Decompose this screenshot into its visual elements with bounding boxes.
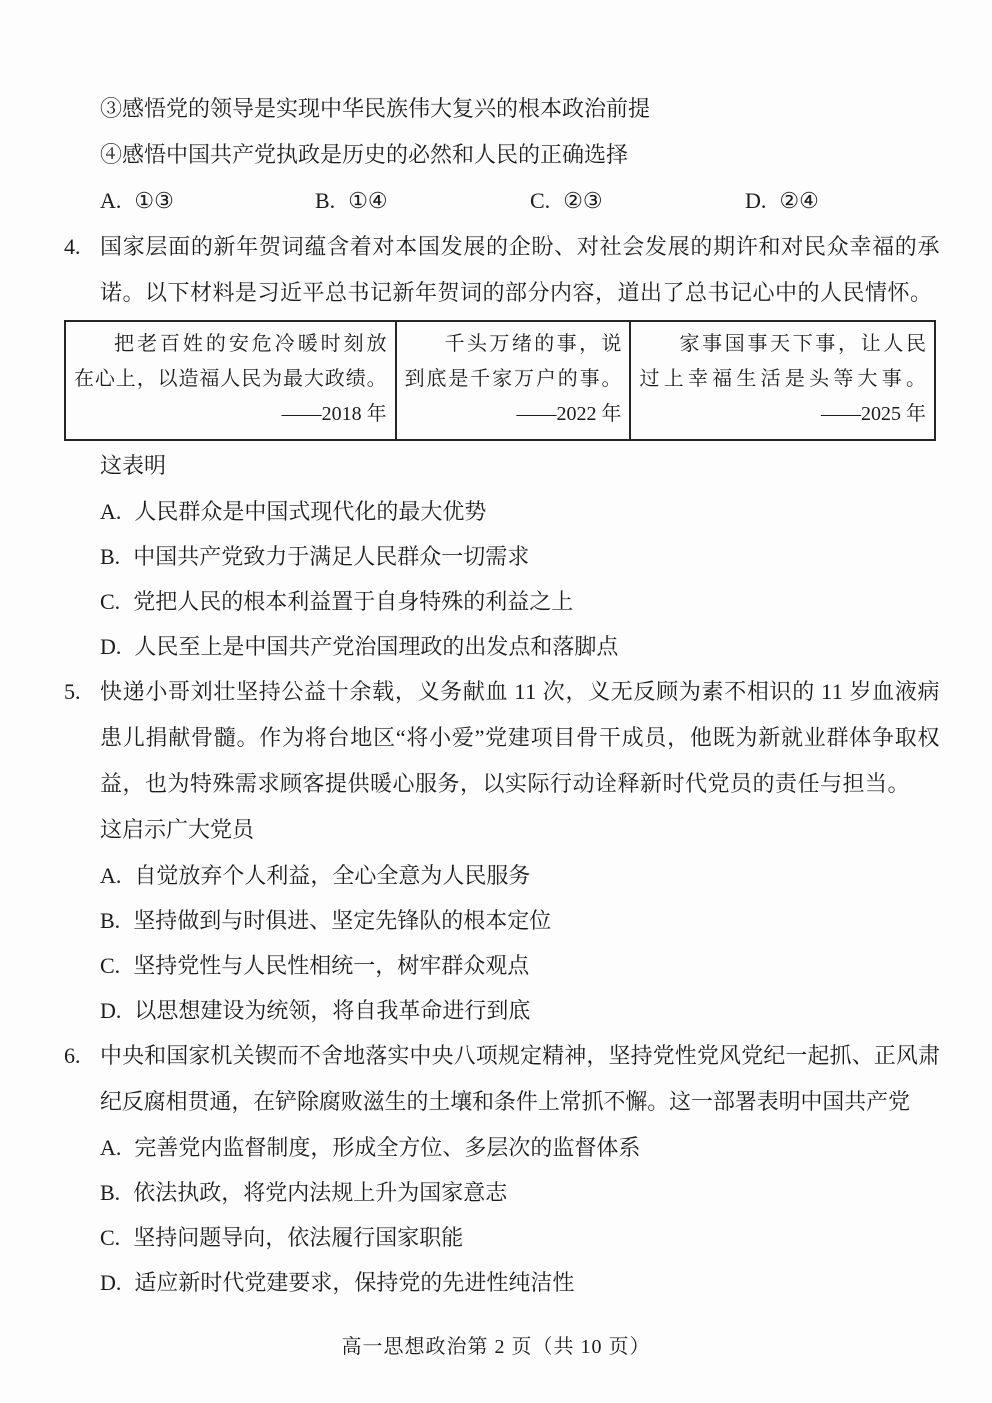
question-4-option-a: A.人民群众是中国式现代化的最大优势 — [64, 489, 940, 534]
question-3-continuation: ③感悟党的领导是实现中华民族伟大复兴的根本政治前提 ④感悟中国共产党执政是历史的… — [64, 86, 940, 224]
option-label: B. — [100, 1180, 120, 1205]
option-label: B. — [315, 188, 335, 213]
question-4-number: 4. — [64, 224, 81, 270]
option-label: C. — [100, 1225, 120, 1250]
option-text: 坚持问题导向，依法履行国家职能 — [133, 1225, 463, 1250]
question-4-stem: 国家层面的新年贺词蕴含着对本国发展的企盼、对社会发展的期许和对民众幸福的承诺。以… — [100, 224, 940, 316]
quote-year: ——2018 年 — [74, 397, 387, 432]
option-text: 依法执政，将党内法规上升为国家意志 — [133, 1180, 507, 1205]
option-label: D. — [100, 998, 121, 1023]
question-5-option-b: B.坚持做到与时俱进、坚定先锋队的根本定位 — [64, 898, 940, 943]
option-text: 党把人民的根本利益置于自身特殊的利益之上 — [133, 589, 573, 614]
table-row: 把老百姓的安危冷暖时刻放 在心上，以造福人民为最大政绩。 ——2018 年 千头… — [65, 321, 935, 440]
question-3-option-b: B.①④ — [315, 178, 530, 224]
question-5: 5. 快递小哥刘壮坚持公益十余载，义务献血 11 次，义无反顾为素不相识的 11… — [64, 669, 940, 1033]
page-content: ③感悟党的领导是实现中华民族伟大复兴的根本政治前提 ④感悟中国共产党执政是历史的… — [64, 86, 940, 1305]
quote-text-line: 到底是千家万户的事。 — [405, 362, 622, 397]
option-label: A. — [100, 499, 121, 524]
option-label: A. — [100, 1135, 121, 1160]
option-value: ①④ — [348, 188, 387, 213]
quote-text-line: 过上幸福生活是头等大事。 — [639, 362, 926, 397]
question-5-stem-row: 5. 快递小哥刘壮坚持公益十余载，义务献血 11 次，义无反顾为素不相识的 11… — [64, 669, 940, 807]
option-text: 坚持党性与人民性相统一，树牢群众观点 — [133, 953, 529, 978]
question-4-lead-in: 这表明 — [64, 443, 940, 489]
quote-year: ——2022 年 — [405, 397, 622, 432]
quote-cell-2022: 千头万绪的事，说 到底是千家万户的事。 ——2022 年 — [396, 321, 631, 440]
question-6-option-d: D.适应新时代党建要求，保持党的先进性纯洁性 — [64, 1260, 940, 1305]
option-value: ①③ — [134, 188, 173, 213]
option-label: B. — [100, 544, 120, 569]
question-5-number: 5. — [64, 669, 81, 715]
quote-cell-2025: 家事国事天下事，让人民 过上幸福生活是头等大事。 ——2025 年 — [630, 321, 935, 440]
question-5-lead-out: 这启示广大党员 — [64, 807, 940, 853]
question-4-stem-row: 4. 国家层面的新年贺词蕴含着对本国发展的企盼、对社会发展的期许和对民众幸福的承… — [64, 224, 940, 316]
option-label: A. — [100, 863, 121, 888]
new-year-quotes-table: 把老百姓的安危冷暖时刻放 在心上，以造福人民为最大政绩。 ——2018 年 千头… — [64, 320, 936, 441]
question-3-option-a: A.①③ — [100, 178, 315, 224]
option-text: 人民至上是中国共产党治国理政的出发点和落脚点 — [134, 634, 618, 659]
question-6-option-c: C.坚持问题导向，依法履行国家职能 — [64, 1215, 940, 1260]
question-5-option-c: C.坚持党性与人民性相统一，树牢群众观点 — [64, 943, 940, 988]
question-5-option-d: D.以思想建设为统领，将自我革命进行到底 — [64, 988, 940, 1033]
option-text: 完善党内监督制度，形成全方位、多层次的监督体系 — [134, 1135, 640, 1160]
question-4: 4. 国家层面的新年贺词蕴含着对本国发展的企盼、对社会发展的期许和对民众幸福的承… — [64, 224, 940, 669]
quote-text-line: 千头万绪的事，说 — [405, 327, 622, 362]
question-4-option-b: B.中国共产党致力于满足人民群众一切需求 — [64, 534, 940, 579]
option-text: 中国共产党致力于满足人民群众一切需求 — [133, 544, 529, 569]
question-4-option-d: D.人民至上是中国共产党治国理政的出发点和落脚点 — [64, 624, 940, 669]
question-3-option-c: C.②③ — [530, 178, 745, 224]
quote-cell-2018: 把老百姓的安危冷暖时刻放 在心上，以造福人民为最大政绩。 ——2018 年 — [65, 321, 396, 440]
question-3-option-d: D.②④ — [745, 178, 819, 224]
option-value: ②④ — [779, 188, 818, 213]
option-label: D. — [100, 634, 121, 659]
quote-text-line: 把老百姓的安危冷暖时刻放 — [74, 327, 387, 362]
question-6-option-b: B.依法执政，将党内法规上升为国家意志 — [64, 1170, 940, 1215]
question-4-option-c: C.党把人民的根本利益置于自身特殊的利益之上 — [64, 579, 940, 624]
option-label: A. — [100, 188, 121, 213]
quote-text-line: 在心上，以造福人民为最大政绩。 — [74, 362, 387, 397]
option-text: 坚持做到与时俱进、坚定先锋队的根本定位 — [133, 908, 551, 933]
option-label: C. — [530, 188, 550, 213]
question-6-stem: 中央和国家机关锲而不舍地落实中央八项规定精神，坚持党性党风党纪一起抓、正风肃纪反… — [100, 1033, 940, 1125]
statement-circled-3: ③感悟党的领导是实现中华民族伟大复兴的根本政治前提 — [64, 86, 940, 132]
option-text: 适应新时代党建要求，保持党的先进性纯洁性 — [134, 1270, 574, 1295]
question-6-option-a: A.完善党内监督制度，形成全方位、多层次的监督体系 — [64, 1125, 940, 1170]
question-5-option-a: A.自觉放弃个人利益，全心全意为人民服务 — [64, 853, 940, 898]
quote-year: ——2025 年 — [639, 397, 926, 432]
option-label: C. — [100, 589, 120, 614]
question-5-stem: 快递小哥刘壮坚持公益十余载，义务献血 11 次，义无反顾为素不相识的 11 岁血… — [100, 669, 940, 807]
option-label: D. — [100, 1270, 121, 1295]
exam-paper-page: ③感悟党的领导是实现中华民族伟大复兴的根本政治前提 ④感悟中国共产党执政是历史的… — [0, 0, 992, 1403]
page-footer-text: 高一思想政治第 2 页（共 10 页） — [342, 1336, 651, 1358]
option-text: 以思想建设为统领，将自我革命进行到底 — [134, 998, 530, 1023]
statement-circled-4: ④感悟中国共产党执政是历史的必然和人民的正确选择 — [64, 132, 940, 178]
option-text: 自觉放弃个人利益，全心全意为人民服务 — [134, 863, 530, 888]
question-6-stem-row: 6. 中央和国家机关锲而不舍地落实中央八项规定精神，坚持党性党风党纪一起抓、正风… — [64, 1033, 940, 1125]
option-label: C. — [100, 953, 120, 978]
quote-text-line: 家事国事天下事，让人民 — [639, 327, 926, 362]
option-value: ②③ — [563, 188, 602, 213]
question-3-choices-row: A.①③ B.①④ C.②③ D.②④ — [64, 178, 940, 224]
option-label: B. — [100, 908, 120, 933]
question-6-number: 6. — [64, 1033, 81, 1079]
page-footer: 高一思想政治第 2 页（共 10 页） — [0, 1330, 992, 1359]
question-6: 6. 中央和国家机关锲而不舍地落实中央八项规定精神，坚持党性党风党纪一起抓、正风… — [64, 1033, 940, 1305]
option-text: 人民群众是中国式现代化的最大优势 — [134, 499, 486, 524]
option-label: D. — [745, 188, 766, 213]
